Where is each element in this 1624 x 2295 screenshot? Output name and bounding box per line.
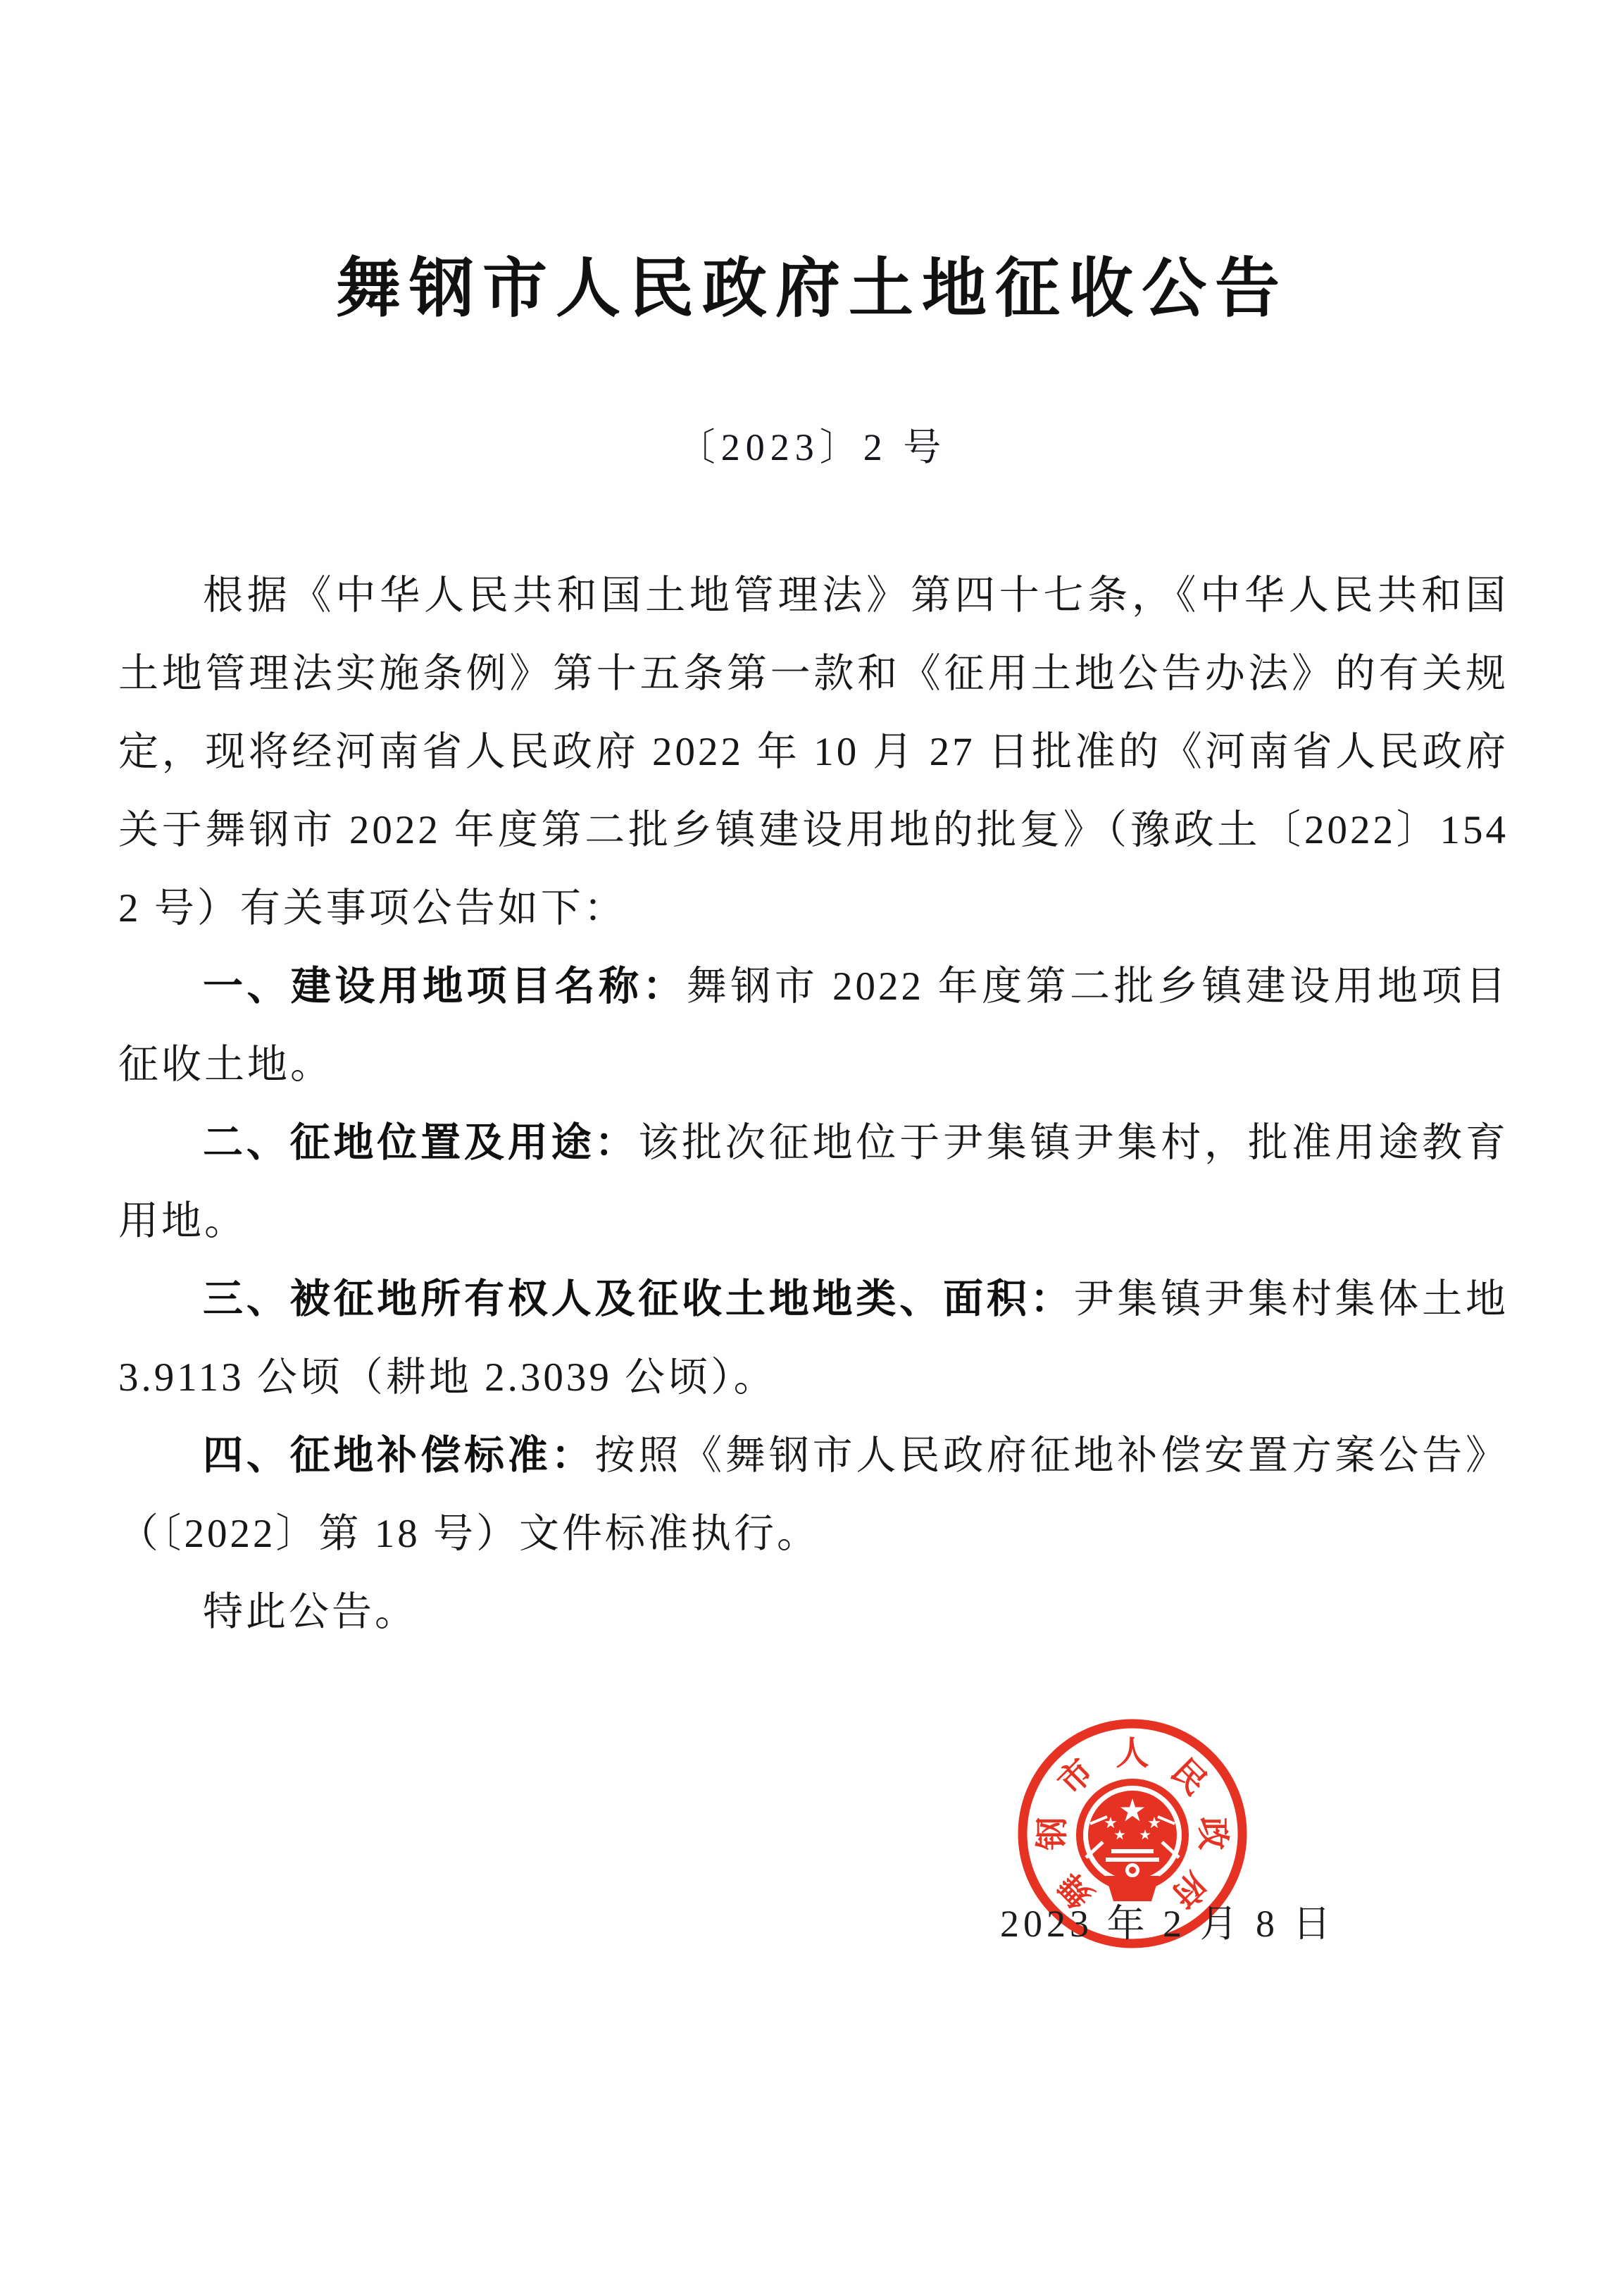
paragraph-lead: 四、征地补偿标准： [203, 1433, 594, 1478]
seal-character: 政 [1194, 1817, 1230, 1851]
document-date: 2023 年 2 月 8 日 [1000, 1893, 1335, 1948]
paragraph-closing: 特此公告。 [118, 1573, 1509, 1651]
seal-character: 钢 [1035, 1817, 1071, 1851]
paragraph-lead: 一、建设用地项目名称： [203, 964, 687, 1009]
paragraph-item-2: 二、征地位置及用途：该批次征地位于尹集镇尹集村，批准用途教育用地。 [118, 1104, 1509, 1260]
paragraph-item-3: 三、被征地所有权人及征收土地地类、面积：尹集镇尹集村集体土地 3.9113 公顷… [118, 1260, 1509, 1417]
paragraph-text: 根据《中华人民共和国土地管理法》第四十七条，《中华人民共和国土地管理法实施条例》… [118, 573, 1509, 931]
document-title: 舞钢市人民政府土地征收公告 [0, 237, 1624, 330]
paragraph-text: 特此公告。 [203, 1590, 418, 1634]
paragraph-item-4: 四、征地补偿标准：按照《舞钢市人民政府征地补偿安置方案公告》（〔2022〕第 1… [118, 1417, 1509, 1573]
document-body: 根据《中华人民共和国土地管理法》第四十七条，《中华人民共和国土地管理法实施条例》… [118, 556, 1509, 1651]
seal-character: 人 [1116, 1736, 1149, 1772]
document-number: 〔2023〕2 号 [0, 417, 1624, 471]
paragraph-lead: 二、征地位置及用途： [203, 1120, 638, 1165]
document-page: 舞钢市人民政府土地征收公告 〔2023〕2 号 根据《中华人民共和国土地管理法》… [0, 0, 1624, 2295]
paragraph-lead: 三、被征地所有权人及征收土地地类、面积： [203, 1276, 1074, 1321]
paragraph-intro: 根据《中华人民共和国土地管理法》第四十七条，《中华人民共和国土地管理法实施条例》… [118, 556, 1509, 947]
paragraph-item-1: 一、建设用地项目名称：舞钢市 2022 年度第二批乡镇建设用地项目征收土地。 [118, 947, 1509, 1104]
